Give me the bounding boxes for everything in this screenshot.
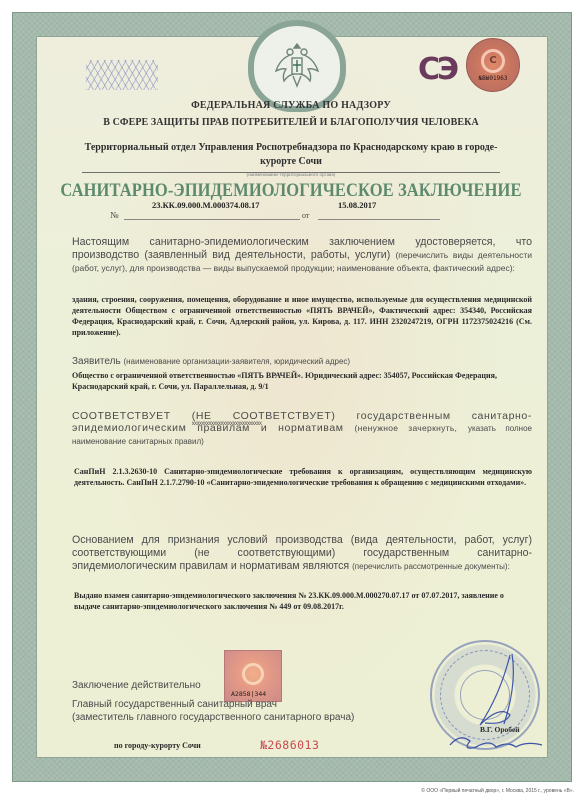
hologram-sticker-bottom: А2858|344: [224, 650, 282, 702]
certify-paragraph: Настоящим санитарно-эпидемиологическим з…: [72, 236, 532, 275]
agency-name-line1: ФЕДЕРАЛЬНАЯ СЛУЖБА ПО НАДЗОРУ: [40, 100, 542, 111]
handwritten-signature-icon: [440, 650, 560, 760]
basis-documents: Выдано взамен санитарно-эпидемиологическ…: [74, 590, 532, 612]
form-serial-number: №2686013: [260, 738, 319, 752]
number-underline: [124, 219, 300, 220]
applicant-label-row: Заявитель (наименование организации-заяв…: [72, 356, 350, 367]
certified-object: здания, строения, сооружения, помещения,…: [72, 294, 532, 338]
document-title: САНИТАРНО-ЭПИДЕМИОЛОГИЧЕСКОЕ ЗАКЛЮЧЕНИЕ: [40, 179, 542, 202]
coat-of-arms-emblem: [248, 20, 346, 112]
signer-name: В.Г. Оробей: [480, 725, 520, 734]
printer-footer: © ООО «Первый печатный двор», г. Москва,…: [421, 788, 574, 794]
hologram-serial: №ВЫ01963: [479, 75, 508, 82]
number-label: №: [110, 210, 119, 220]
conformity-hint1: (ненужное зачеркнуть,: [354, 423, 457, 433]
chief-line2: (заместитель главного государственного с…: [72, 711, 354, 724]
complies-text: СООТВЕТСТВУЕТ: [72, 410, 171, 422]
applicant-hint: (наименование организации-заявителя, юри…: [123, 357, 350, 366]
city-line: по городу-курорту Сочи: [114, 741, 201, 750]
hologram-c-icon: C: [481, 49, 505, 73]
guilloche-pattern: [86, 60, 158, 90]
chief-doctor-title: Главный государственный санитарный врач …: [72, 698, 354, 724]
conformity-statement: СООТВЕТСТВУЕТ (НЕ СООТВЕТСТВУЕТ) государ…: [72, 410, 532, 448]
double-headed-eagle-icon: [272, 38, 322, 94]
department-caption: (наименование территориального органа): [40, 173, 542, 178]
territorial-department: Территориальный отдел Управления Роспотр…: [40, 141, 542, 169]
sanitary-rules: СанПиН 2.1.3.2630-10 Санитарно-эпидемиол…: [74, 466, 532, 488]
applicant-label: Заявитель: [72, 356, 121, 367]
basis-hint: (перечислить рассмотренные документы):: [352, 562, 510, 571]
not-complies-struck: (НЕ СООТВЕТСТВУЕТ): [192, 410, 336, 422]
hologram-c-icon: [242, 663, 264, 685]
sanitary-logo: СЭ: [418, 52, 456, 87]
date-label: от: [302, 211, 309, 220]
basis-paragraph: Основанием для признания условий произво…: [72, 534, 532, 573]
document-number: 23.КК.09.000.М.000374.08.17: [152, 200, 259, 210]
validity-label: Заключение действительно: [72, 680, 201, 691]
document-date: 15.08.2017: [338, 200, 376, 210]
chief-line1: Главный государственный санитарный врач: [72, 698, 354, 711]
document-number-row: № 23.КК.09.000.М.000374.08.17 от 15.08.2…: [110, 207, 480, 221]
hologram-serial-bottom: А2858|344: [231, 690, 266, 698]
agency-name-line2: В СФЕРЕ ЗАЩИТЫ ПРАВ ПОТРЕБИТЕЛЕЙ И БЛАГО…: [40, 117, 542, 128]
applicant-value: Общество с ограниченной ответственностью…: [72, 370, 532, 392]
date-underline: [318, 219, 440, 220]
hologram-sticker: C №ВЫ01963: [466, 38, 520, 92]
